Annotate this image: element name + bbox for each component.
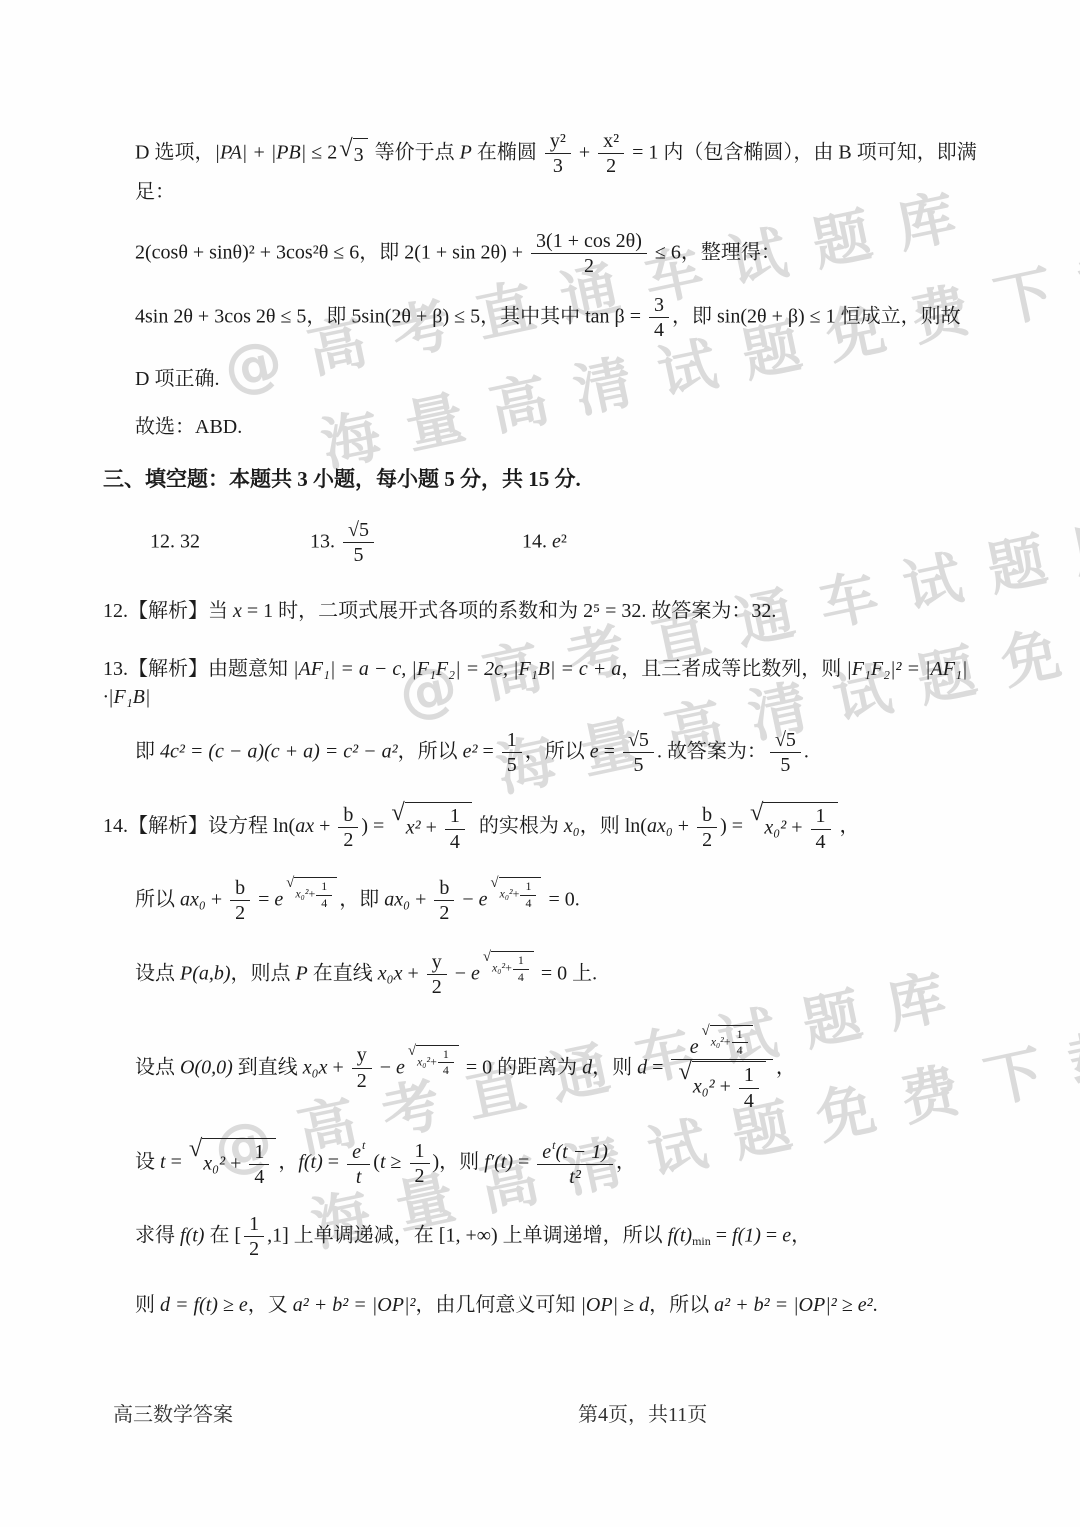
math-variable: ax₀ [180, 889, 206, 911]
fraction-numerator: b [230, 877, 250, 901]
fraction: √55 [343, 519, 374, 567]
text-run: 2(cosθ + sinθ)² + 3cos²θ ≤ 6，即 2(1 + sin… [135, 241, 528, 263]
text-run: ， [776, 1056, 796, 1078]
solution-14-line1: 14.【解析】设方程 ln(ax + b2) = √x² + 14 的实根为 x… [103, 802, 1000, 853]
text-run: + [402, 962, 423, 984]
text-run: 12.【解析】当 [103, 600, 233, 622]
superscript: t [362, 1139, 365, 1152]
fraction: 34 [649, 294, 669, 342]
text-run: ， [278, 1151, 298, 1173]
radical-sign: √ [750, 801, 763, 825]
text-run: ，所以 [398, 740, 463, 762]
text-run: 在椭圆 [472, 141, 542, 163]
fraction: b2 [230, 877, 250, 925]
text-run: = 0. [543, 889, 579, 911]
fraction: 14 [513, 954, 529, 984]
fraction-denominator: t² [537, 1165, 613, 1188]
text-run: 到直线 [233, 1056, 303, 1078]
fraction-numerator: 1 [739, 1064, 759, 1088]
superscript: √x₀²+14 [489, 877, 544, 910]
square-root: √x₀²+14 [286, 877, 337, 910]
radicand: x² + 14 [405, 802, 472, 853]
fraction-numerator: 1 [732, 1028, 748, 1043]
radicand: x₀²+14 [491, 951, 534, 984]
math-variable: d = f(t) ≥ e [160, 1294, 248, 1316]
math-variable: ax₀ [647, 815, 673, 837]
math-variable: (t − 1) [556, 1141, 608, 1163]
radicand: x₀² + 14 [692, 1061, 766, 1112]
fraction-denominator: 4 [520, 896, 536, 910]
radical-sign: √ [391, 801, 404, 825]
fraction: 15 [502, 729, 522, 777]
text-run: 的实根为 [474, 815, 564, 837]
text-run: . [873, 1294, 878, 1316]
math-variable: x [233, 600, 242, 622]
math-variable: t [362, 1138, 365, 1152]
fraction: 14 [316, 880, 332, 910]
fraction-denominator: 4 [445, 830, 465, 853]
fraction-numerator: 3(1 + cos 2θ) [531, 230, 647, 254]
text-run: + [225, 1152, 246, 1174]
fraction-denominator: 4 [249, 1165, 269, 1188]
text-run: ，则 ln( [580, 815, 647, 837]
math-variable: e [352, 1141, 361, 1163]
text-run: = [513, 1151, 534, 1173]
math-variable: f(t) [298, 1151, 322, 1173]
text-run: ( [373, 1151, 380, 1173]
text-run: + [410, 889, 431, 911]
math-variable: O(0,0) [180, 1056, 233, 1078]
spacer [200, 546, 310, 547]
fraction-numerator: y [427, 951, 447, 975]
math-variable: |PA| + |PB| [214, 141, 306, 163]
line-d-correct: D 项正确. [135, 365, 1000, 393]
math-variable: ax₀ [384, 889, 410, 911]
text-run: 求得 [135, 1224, 180, 1246]
math-variable: x₀² [203, 1152, 225, 1174]
solution-14-line4: 设点 O(0,0) 到直线 x₀x + y2 − e√x₀²+14 = 0 的距… [135, 1025, 1000, 1112]
text-run: − [375, 1056, 396, 1078]
solution-14-line7: 则 d = f(t) ≥ e，又 a² + b² = |OP|²，由几何意义可知… [135, 1291, 1000, 1319]
math-variable: d [582, 1056, 592, 1078]
square-root: √x₀² + 14 [750, 802, 838, 853]
text-run: ，且三者成等比数列，则 [621, 658, 846, 680]
fraction-denominator: 2 [697, 828, 717, 851]
radical-sign: √ [339, 137, 352, 161]
text-run: ，又 [248, 1294, 293, 1316]
math-variable: a² + b² = |OP|² [293, 1294, 416, 1316]
fraction-numerator: 1 [502, 729, 522, 753]
text-run: 则 [135, 1294, 160, 1316]
text-run: + [513, 887, 520, 901]
fraction: √55 [623, 729, 654, 777]
math-variable: |OP| ≥ d [580, 1294, 649, 1316]
fraction-denominator: 2 [427, 975, 447, 998]
fraction-denominator: 2 [598, 154, 624, 177]
text-run: + [327, 1056, 348, 1078]
text-run: + [430, 1054, 437, 1068]
line-option-d: D 选项，|PA| + |PB| ≤ 2√3 等价于点 P 在椭圆 y²3 + … [135, 130, 1000, 206]
text-run: + [308, 887, 315, 901]
fraction-denominator: 5 [770, 753, 801, 776]
math-variable: e [471, 962, 480, 984]
footer-document-title: 高三数学答案 [113, 1398, 233, 1427]
math-variable: P [460, 141, 472, 163]
fraction-numerator: b [697, 804, 717, 828]
text-run: − [450, 962, 471, 984]
fraction: b2 [697, 804, 717, 852]
fraction-denominator: 4 [739, 1089, 759, 1112]
text-run: 等价于点 [370, 141, 460, 163]
math-variable: f(t) [668, 1224, 692, 1246]
square-root: √x₀²+14 [483, 951, 534, 984]
text-run: ≥ [386, 1151, 407, 1173]
radical-sign: √ [491, 876, 499, 891]
math-variable: P(a,b) [180, 962, 231, 984]
math-variable: 4c² = (c − a)(c + a) = c² − a² [160, 740, 398, 762]
math-variable: x₀² [693, 1076, 715, 1098]
line-answer-choice: 故选：ABD. [135, 413, 1000, 441]
fraction-numerator: 1 [811, 805, 831, 829]
math-variable: x₀ [564, 815, 580, 837]
square-root: √x₀²+14 [408, 1045, 459, 1078]
text-run: 在直线 [308, 962, 378, 984]
fraction: y2 [427, 951, 447, 999]
fraction-numerator: 1 [316, 880, 332, 895]
text-run: ，即 [339, 889, 384, 911]
fraction: 12 [244, 1213, 264, 1261]
square-root: √x² + 14 [391, 802, 472, 853]
text-run: + [421, 817, 442, 839]
math-variable: f(t) [180, 1224, 204, 1246]
text-run: ， [840, 815, 860, 837]
math-variable: x₀x [378, 962, 403, 984]
text-run: ≤ 6，整理得： [650, 241, 781, 263]
text-run: 故选：ABD. [135, 416, 242, 438]
text-run: + [314, 815, 335, 837]
text-run: . 故答案为： [657, 740, 767, 762]
fraction-denominator: 4 [649, 318, 669, 341]
text-run: ,1] [267, 1224, 289, 1246]
fraction-denominator: 2 [338, 828, 358, 851]
math-variable: e [782, 1224, 791, 1246]
solution-13-line1: 13.【解析】由题意知 |AF₁| = a − c, |F₁F₂| = 2c, … [103, 655, 1000, 711]
fraction: y2 [352, 1044, 372, 1092]
fraction-denominator: 2 [244, 1237, 264, 1260]
fraction-numerator: √5 [770, 729, 801, 753]
superscript: √x₀²+14 [284, 877, 339, 910]
square-root: √3 [339, 138, 367, 169]
text-run: ) = [361, 815, 389, 837]
fraction-denominator: t [347, 1165, 370, 1188]
fraction: ett [347, 1139, 370, 1189]
fraction-numerator: √5 [623, 729, 654, 753]
square-root: √x₀² + 14 [189, 1138, 277, 1189]
fraction-numerator: y [352, 1044, 372, 1068]
math-variable: e [542, 1141, 551, 1163]
solution-14-line6: 求得 f(t) 在 [12,1] 上单调递减，在 [1, +∞) 上单调递增，所… [135, 1213, 1000, 1261]
math-variable: x₀² [492, 961, 505, 975]
solution-14-line3: 设点 P(a,b)，则点 P 在直线 x₀x + y2 − e√x₀²+14 =… [135, 951, 1000, 999]
text-run: = 1 时，二项式展开式各项的系数和为 2⁵ = 32. 故答案为：32. [242, 600, 777, 622]
fraction: e√x₀²+14√x₀² + 14 [671, 1025, 773, 1112]
text-run: + [786, 817, 807, 839]
math-variable: x² [406, 817, 421, 839]
math-variable: x₀x [303, 1056, 328, 1078]
fraction-numerator: 1 [438, 1048, 454, 1063]
text-run: 14.【解析】设方程 ln( [103, 815, 295, 837]
square-root: √x₀²+14 [702, 1025, 753, 1058]
text-run: 在 [ [204, 1224, 241, 1246]
fraction-denominator: 4 [811, 830, 831, 853]
fraction-numerator: y² [545, 130, 571, 154]
math-variable: x₀² [764, 817, 786, 839]
fraction-denominator: 3 [545, 154, 571, 177]
text-run: = [711, 1224, 732, 1246]
math-variable: x₀² [500, 887, 513, 901]
fraction-numerator: 1 [410, 1140, 430, 1164]
text-run: ， [791, 1224, 811, 1246]
math-variable: x₀² [417, 1054, 430, 1068]
text-run: 即 [135, 740, 160, 762]
text-run: D 项正确. [135, 368, 219, 390]
footer-page-number: 第4页，共11页 [578, 1398, 707, 1427]
text-run: )，则 [433, 1151, 485, 1173]
text-run: D 选项， [135, 141, 214, 163]
text-run: 设点 [135, 962, 180, 984]
line-inequality-2: 4sin 2θ + 3cos 2θ ≤ 5，即 5sin(2θ + β) ≤ 5… [135, 294, 1000, 342]
fraction: 14 [732, 1028, 748, 1058]
fraction: 14 [438, 1048, 454, 1078]
text-run: = [647, 1056, 668, 1078]
text-run: 13.【解析】由题意知 [103, 658, 293, 680]
math-variable: t² [569, 1166, 581, 1188]
fraction-numerator: √5 [343, 519, 374, 543]
solution-13-line2: 即 4c² = (c − a)(c + a) = c² − a²，所以 e² =… [135, 729, 1000, 777]
text-run: ，则 [592, 1056, 637, 1078]
radicand: x₀²+14 [499, 877, 542, 910]
fraction-numerator: x² [598, 130, 624, 154]
fraction-denominator: 2 [410, 1164, 430, 1187]
square-root: √x₀²+14 [491, 877, 542, 910]
fraction-denominator: 4 [513, 970, 529, 984]
superscript: √x₀²+14 [406, 1045, 461, 1078]
text-run: . [804, 740, 809, 762]
fraction-numerator: 1 [244, 1213, 264, 1237]
fraction-denominator: 4 [438, 1063, 454, 1077]
text-run: + [673, 815, 694, 837]
text-run: + [505, 961, 512, 975]
math-variable: e [690, 1036, 699, 1058]
text-run: 4sin 2θ + 3cos 2θ ≤ 5，即 5sin(2θ + β) ≤ 5… [135, 305, 646, 327]
superscript: √x₀²+14 [481, 951, 536, 984]
solution-12: 12.【解析】当 x = 1 时，二项式展开式各项的系数和为 2⁵ = 32. … [103, 597, 1000, 625]
text-run: 三、填空题：本题共 3 小题，每小题 5 分，共 15 分. [103, 467, 581, 491]
radicand: x₀²+14 [710, 1025, 753, 1058]
math-variable: ax [295, 815, 314, 837]
spacer [377, 546, 522, 547]
fraction-denominator: 5 [343, 543, 374, 566]
superscript: √x₀²+14 [700, 1025, 755, 1058]
math-variable: e² [463, 740, 478, 762]
fraction: x²2 [598, 130, 624, 178]
fraction-numerator: e√x₀²+14 [671, 1025, 773, 1061]
fraction-denominator: 2 [352, 1069, 372, 1092]
fraction: b2 [338, 804, 358, 852]
text-run: = [761, 1224, 782, 1246]
radical-sign: √ [408, 1044, 416, 1059]
radical-sign: √ [286, 876, 294, 891]
fraction-numerator: b [434, 877, 454, 901]
text-run: = 0 上. [536, 962, 597, 984]
fraction-numerator: 1 [249, 1141, 269, 1165]
fraction-denominator: 2 [230, 901, 250, 924]
fraction-numerator: b [338, 804, 358, 828]
fraction: 14 [811, 805, 831, 853]
text-run: = [478, 740, 499, 762]
text-run: ，所以 [649, 1294, 714, 1316]
math-variable: e [274, 889, 283, 911]
fraction-denominator: 4 [316, 896, 332, 910]
radical-sign: √ [678, 1060, 691, 1084]
text-run: + [715, 1076, 736, 1098]
fraction: et(t − 1)t² [537, 1139, 613, 1189]
text-run: = [253, 889, 274, 911]
math-lines: D 选项，|PA| + |PB| ≤ 2√3 等价于点 P 在椭圆 y²3 + … [0, 0, 1080, 1319]
fraction: √55 [770, 729, 801, 777]
radicand: x₀²+14 [416, 1045, 459, 1078]
math-variable: e [396, 1056, 405, 1078]
fraction-denominator: √x₀² + 14 [671, 1060, 773, 1112]
text-run: ² [561, 530, 567, 552]
fraction-numerator: 1 [445, 805, 465, 829]
text-run: ，则点 [231, 962, 296, 984]
fraction-numerator: 1 [513, 954, 529, 969]
text-run: = 0 的距离为 [461, 1056, 582, 1078]
math-variable: a² + b² = |OP|² ≥ e² [714, 1294, 873, 1316]
fraction: y²3 [545, 130, 571, 178]
text-run: + [206, 889, 227, 911]
radicand: x₀² + 14 [763, 802, 837, 853]
square-root: √x₀² + 14 [678, 1061, 766, 1112]
text-run: 12. 32 [150, 530, 200, 552]
math-variable: x₀² [711, 1034, 724, 1048]
math-variable: e [552, 530, 561, 552]
text-run: 3 [354, 144, 364, 166]
solution-14-line2: 所以 ax₀ + b2 = e√x₀²+14，即 ax₀ + b2 − e√x₀… [135, 877, 1000, 925]
fraction: b2 [434, 877, 454, 925]
text-run: = [166, 1151, 187, 1173]
math-variable: f(1) [732, 1224, 761, 1246]
text-run: ≤ 2 [306, 141, 337, 163]
fraction: 14 [520, 880, 536, 910]
math-variable: t [356, 1166, 362, 1188]
radicand: x₀² + 14 [202, 1138, 276, 1189]
math-variable: f′(t) [484, 1151, 513, 1173]
fraction-denominator: 2 [531, 254, 647, 277]
answer-sheet-page: @高考直通车试题库 海量高清试题免费下载 @高考直通车试题库 海量高清试题免费下… [0, 0, 1080, 1527]
text-run: ，由几何意义可知 [415, 1294, 580, 1316]
fraction: 14 [739, 1064, 759, 1112]
text-run: + [574, 141, 595, 163]
fraction-denominator: 2 [434, 901, 454, 924]
fraction: 12 [410, 1140, 430, 1188]
subscript: min [692, 1233, 711, 1250]
text-run: ， [616, 1151, 636, 1173]
fraction: 14 [249, 1141, 269, 1189]
fraction-numerator: et(t − 1) [537, 1139, 613, 1165]
text-run: = [599, 740, 620, 762]
fraction-numerator: 1 [520, 880, 536, 895]
fraction-numerator: et [347, 1139, 370, 1165]
text-run: 所以 [135, 889, 180, 911]
fraction: 3(1 + cos 2θ)2 [531, 230, 647, 278]
text-run: ，即 sin(2θ + β) ≤ 1 恒成立，则故 [672, 305, 961, 327]
text-run: 上单调递减，在 [1, +∞) 上单调递增，所以 [289, 1224, 668, 1246]
radical-sign: √ [189, 1137, 202, 1161]
math-variable: x₀² [295, 887, 308, 901]
text-run: 13. [310, 530, 340, 552]
radical-sign: √ [702, 1024, 710, 1039]
text-run: ) = [720, 815, 748, 837]
math-variable: |AF₁| = a − c, |F₁F₂| = 2c, |F₁B| = c + … [293, 658, 621, 680]
fraction-numerator: 3 [649, 294, 669, 318]
text-run: 设 [135, 1151, 160, 1173]
text-run: 14. [522, 530, 552, 552]
fraction: 14 [445, 805, 465, 853]
radicand: x₀²+14 [294, 877, 337, 910]
math-variable: d [637, 1056, 647, 1078]
text-run: − [457, 889, 478, 911]
fraction-denominator: 5 [623, 753, 654, 776]
radical-sign: √ [483, 950, 491, 965]
fraction-denominator: 5 [502, 753, 522, 776]
radicand: 3 [353, 138, 368, 169]
text-run: + [724, 1034, 731, 1048]
math-variable: e [479, 889, 488, 911]
text-run: 设点 [135, 1056, 180, 1078]
text-run: ，所以 [525, 740, 590, 762]
math-variable: e [590, 740, 599, 762]
text-run: = [323, 1151, 344, 1173]
math-variable: P [296, 962, 308, 984]
section-heading: 三、填空题：本题共 3 小题，每小题 5 分，共 15 分. [103, 465, 1000, 494]
fraction-denominator: 4 [732, 1043, 748, 1057]
answers-row: 12. 3213. √5514. e² [150, 519, 1000, 567]
line-inequality-1: 2(cosθ + sinθ)² + 3cos²θ ≤ 6，即 2(1 + sin… [135, 230, 1000, 278]
solution-14-line5: 设 t = √x₀² + 14，f(t) = ett(t ≥ 12)，则 f′(… [135, 1138, 1000, 1189]
